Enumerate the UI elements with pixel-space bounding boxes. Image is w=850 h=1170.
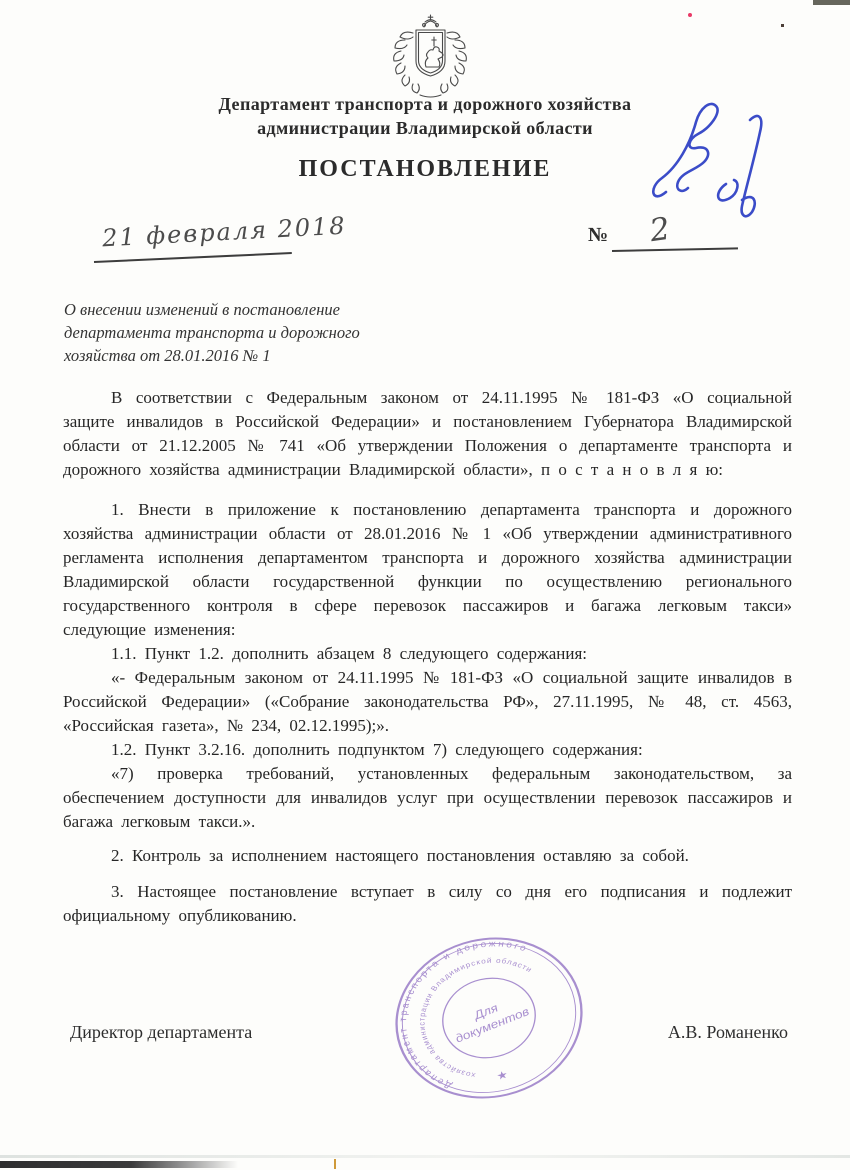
scan-artifact-orange-tick [334,1159,336,1169]
body-paragraph-1-1: 1.1. Пункт 1.2. дополнить абзацем 8 след… [63,642,792,666]
scan-artifact-bottom-bar [0,1161,238,1168]
body-paragraph-1: 1. Внести в приложение к постановлению д… [63,498,792,642]
body-paragraph-2: 2. Контроль за исполнением настоящего по… [63,844,792,868]
number-underline [612,247,738,252]
document-page: Департамент транспорта и дорожного хозяй… [0,0,850,1170]
subject-line: О внесении изменений в постановление [64,298,360,321]
scan-artifact-speck [781,24,784,27]
document-body: В соответствии с Федеральным законом от … [63,386,792,928]
vladimir-region-emblem [374,12,486,102]
signer-name: А.В. Романенко [668,1022,788,1043]
body-paragraph-3: 3. Настоящее постановление вступает в си… [63,880,792,928]
date-underline [94,252,292,263]
scan-artifact-red-dot [688,13,692,17]
body-paragraph-preamble: В соответствии с Федеральным законом от … [63,386,792,482]
document-subject: О внесении изменений в постановление деп… [64,298,360,367]
scan-artifact-streak [0,1155,850,1158]
subject-line: департамента транспорта и дорожного [64,321,360,344]
handwritten-date: 21 февраля 2018 [101,212,347,253]
stamp-star-icon: ★ [495,1069,509,1083]
approval-ink-signature [636,82,792,232]
official-stamp: Департамент транспорта и дорожного хозяй… [376,916,602,1119]
body-paragraph-1-2: 1.2. Пункт 3.2.16. дополнить подпунктом … [63,738,792,762]
signer-position: Директор департамента [70,1022,252,1043]
scan-artifact-top-right [813,0,850,5]
body-paragraph-1-2-text: «7) проверка требований, установленных ф… [63,762,792,834]
number-sign-label: № [588,224,608,247]
stamp-graphic: Департамент транспорта и дорожного хозяй… [376,916,602,1119]
subject-line: хозяйства от 28.01.2016 № 1 [64,344,360,367]
emblem-graphic [374,12,486,102]
body-paragraph-1-1-text: «- Федеральным законом от 24.11.1995 № 1… [63,666,792,738]
